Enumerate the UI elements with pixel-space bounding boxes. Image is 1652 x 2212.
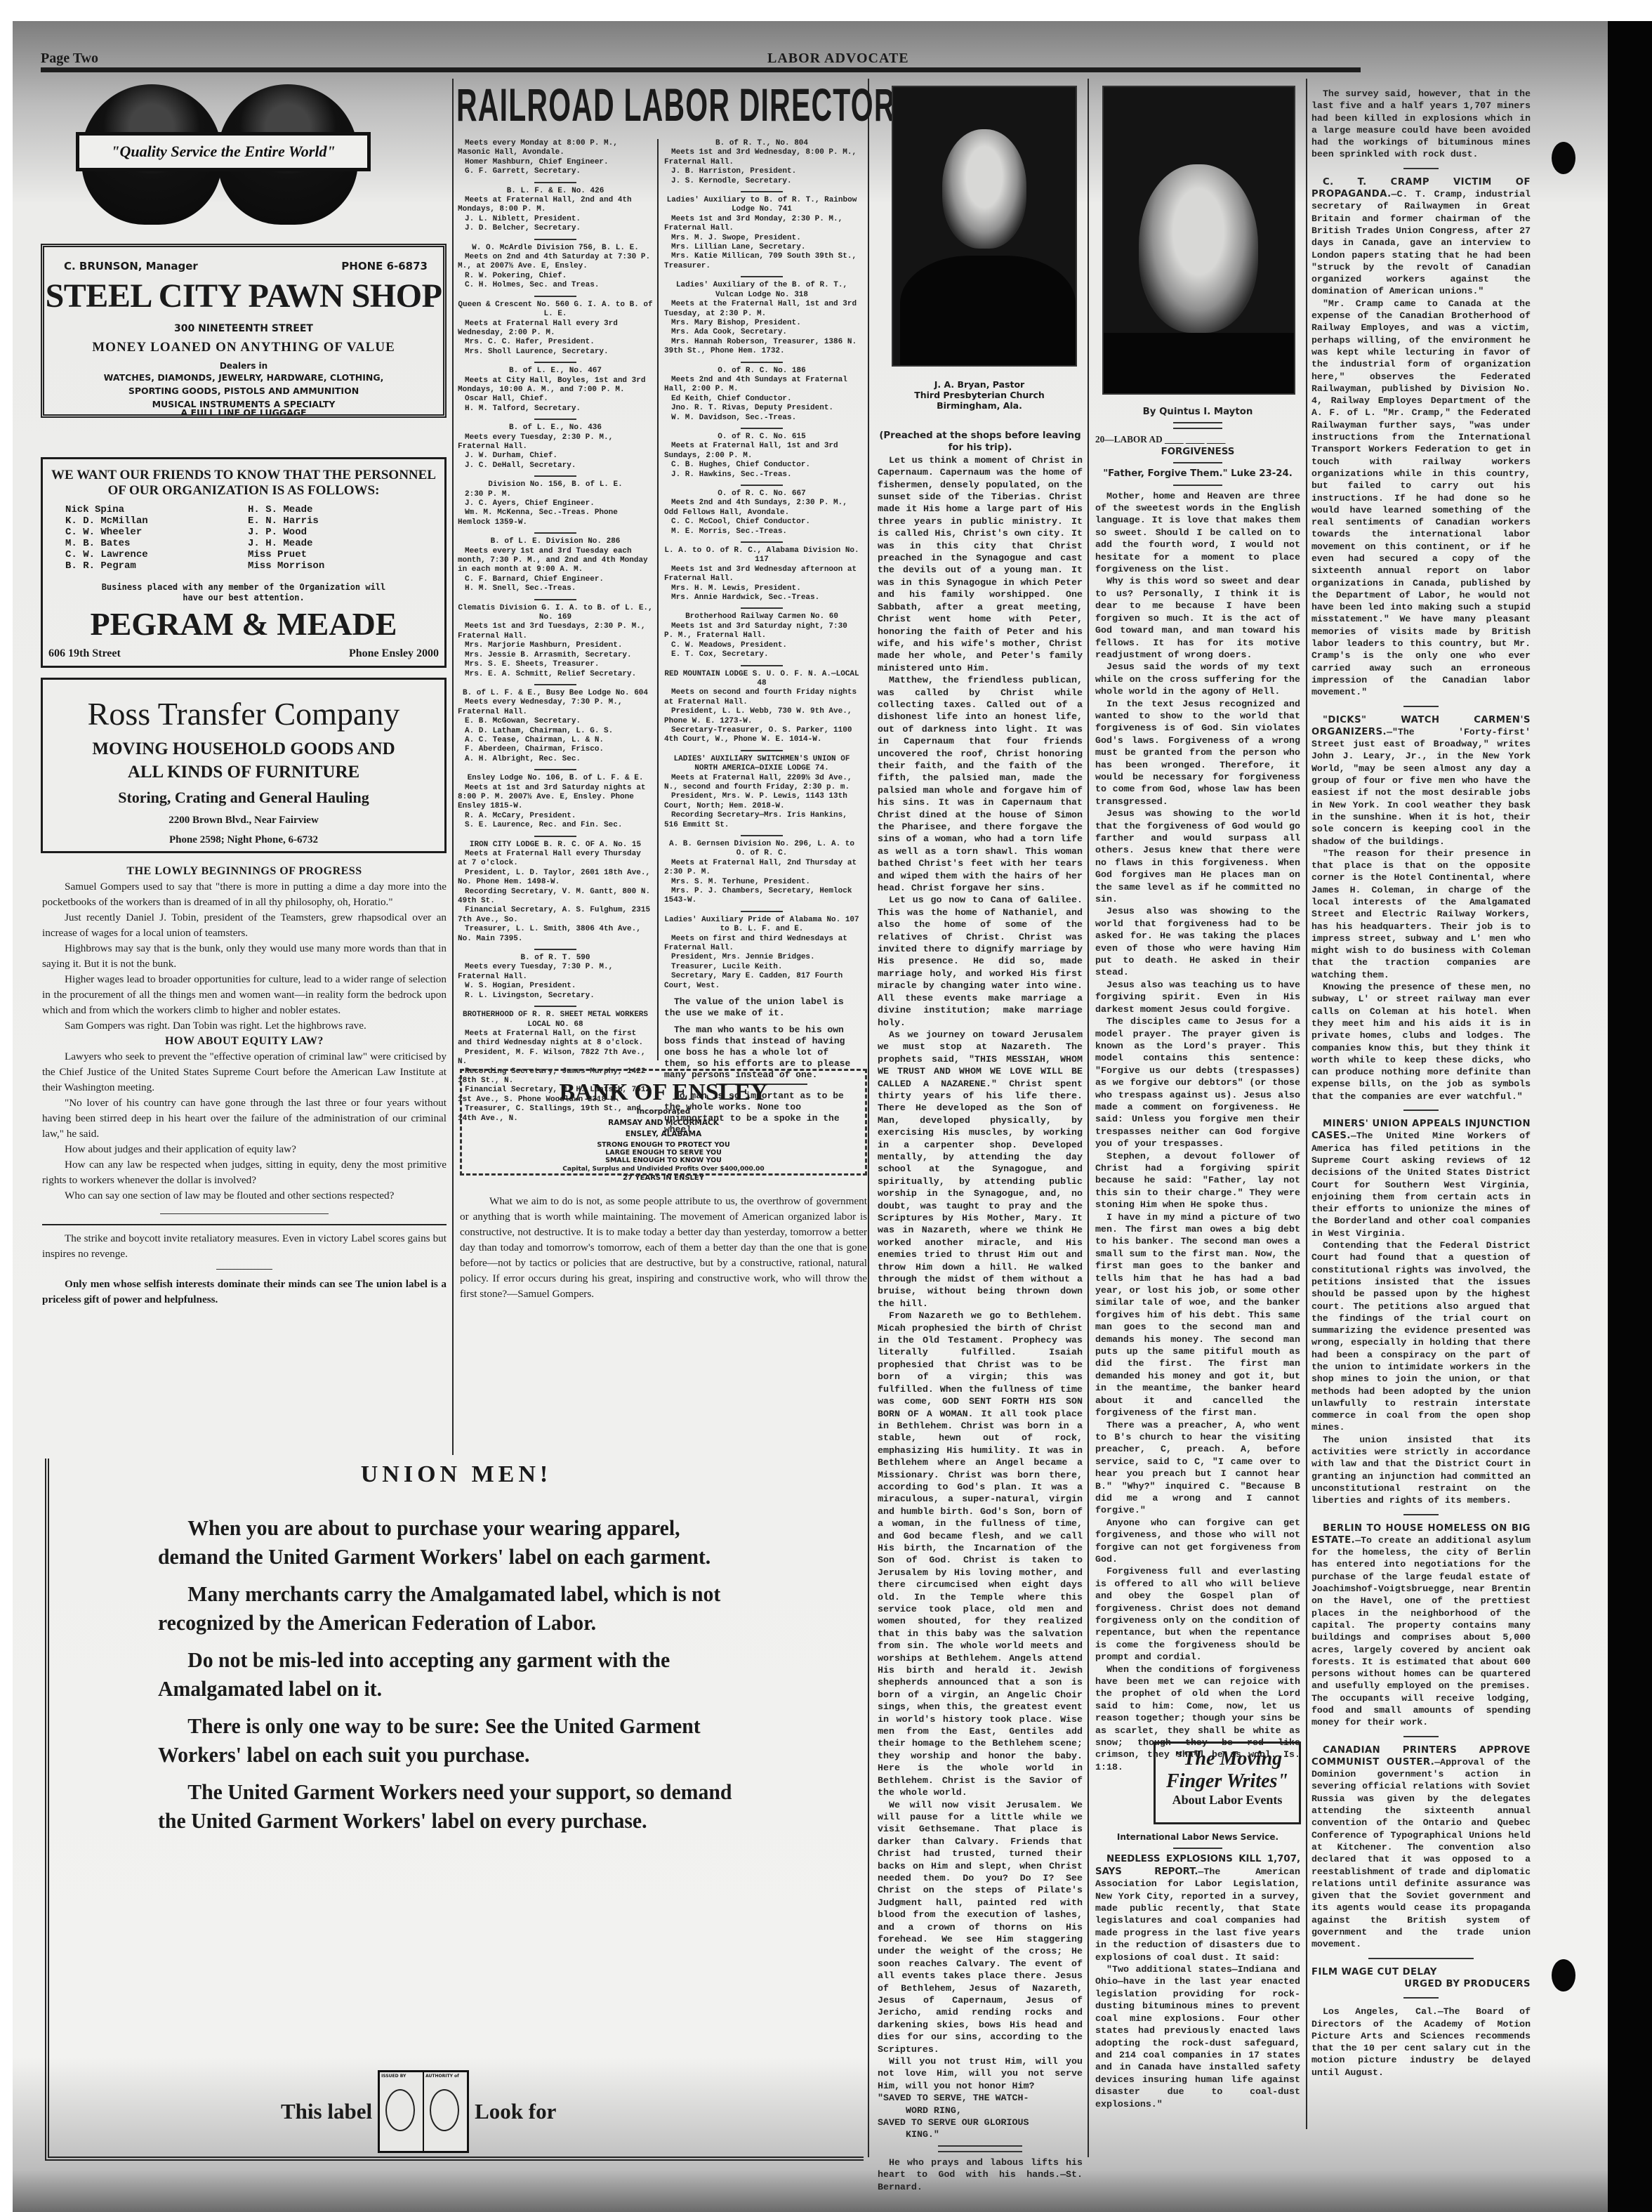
ross-phones: Phone 2598; Night Phone, 6-6732 bbox=[43, 834, 444, 846]
divider bbox=[534, 684, 576, 685]
divider bbox=[741, 750, 783, 751]
lodge-detail: Mrs. Jessie B. Arrasmith, Secretary. bbox=[458, 651, 653, 660]
editorial-heading: THE LOWLY BEGINNINGS OF PROGRESS bbox=[42, 865, 447, 878]
lodge-detail: Mrs. Sholl Laurence, Secretary. bbox=[458, 348, 653, 357]
lodge-detail: J. C. DeHall, Secretary. bbox=[458, 461, 653, 470]
bank-of-ensley-ad: BANK OF ENSLEY Incorporated RAMSAY AND M… bbox=[460, 1069, 867, 1176]
garment-workers-label-icon: ISSUED BY AUTHORITY of bbox=[378, 2070, 469, 2153]
caption-line: J. A. Bryan, Pastor bbox=[878, 379, 1081, 390]
hymn-line: WORD RING, bbox=[878, 2105, 1083, 2116]
lodge-detail: Mrs. Annie Hardwick, Sec.-Treas. bbox=[664, 593, 859, 603]
railroad-directory-title: RAILROAD LABOR DIRECTORY bbox=[456, 81, 707, 129]
lodge-detail: Mrs. Lillian Lane, Secretary. bbox=[664, 243, 859, 252]
lodge-detail: Meets 1st and 3rd Saturday night, 7:30 P… bbox=[664, 622, 859, 641]
lodge-title: Clematis Division G. I. A. to B. of L. E… bbox=[458, 604, 653, 623]
divider bbox=[1173, 485, 1222, 486]
note-line: have our best attention. bbox=[43, 593, 444, 603]
sermon-column: (Preached at the shops before leaving fo… bbox=[878, 430, 1083, 2193]
column-divider bbox=[1306, 79, 1307, 2129]
lodge-title: O. of R. C. No. 186 bbox=[664, 367, 859, 376]
directory-entry: B. of L. E. Division No. 286Meets every … bbox=[458, 532, 653, 593]
divider bbox=[1403, 706, 1439, 707]
story-text: —The American Association for Labor Legi… bbox=[1095, 1867, 1300, 1963]
lodge-detail: W. S. Hogian, President. bbox=[458, 982, 653, 991]
lodge-detail: A. D. Latham, Chairman, L. G. S. bbox=[458, 727, 653, 736]
lodge-detail: Homer Mashburn, Chief Engineer. bbox=[458, 158, 653, 167]
pastor-portrait bbox=[892, 86, 1077, 367]
lodge-detail: J. C. Ayers, Chief Engineer. bbox=[458, 499, 653, 508]
lodge-detail: President, L. D. Taylor, 2601 18th Ave.,… bbox=[458, 869, 653, 888]
lodge-title: B. of R. T., No. 804 bbox=[664, 139, 859, 148]
directory-entry: Meets every Monday at 8:00 P. M., Masoni… bbox=[458, 139, 653, 177]
ross-name: Ross Transfer Company bbox=[43, 695, 444, 732]
pawn-manager: C. BRUNSON, Manager bbox=[64, 260, 198, 272]
divider bbox=[534, 296, 576, 297]
lodge-title: Division No. 156, B. of L. E. bbox=[458, 480, 653, 489]
staff-name: Miss Pruet bbox=[248, 549, 324, 560]
lodge-detail: Mrs. C. C. Hafer, President. bbox=[458, 338, 653, 347]
directory-entry: B. of R. T. 590Meets every Tuesday, 7:30… bbox=[458, 949, 653, 1001]
directory-entry: B. L. F. & E. No. 426Meets at Fraternal … bbox=[458, 182, 653, 234]
lodge-detail: Jno. R. T. Rivas, Deputy President. bbox=[664, 404, 859, 413]
lodge-detail: C. H. Holmes, Sec. and Treas. bbox=[458, 281, 653, 290]
lodge-detail: H. M. Talford, Secretary. bbox=[458, 404, 653, 414]
forgiveness-paragraph: Why is this word so sweet and dear to us… bbox=[1095, 575, 1300, 661]
pastor-caption: J. A. Bryan, Pastor Third Presbyterian C… bbox=[878, 379, 1081, 411]
divider bbox=[741, 428, 783, 429]
lodge-title: Ladies' Auxiliary Pride of Alabama No. 1… bbox=[664, 916, 859, 935]
lodge-detail: F. Aberdeen, Chairman, Frisco. bbox=[458, 745, 653, 754]
moving-finger-subtitle: About Labor Events bbox=[1156, 1793, 1299, 1808]
story-text: —Approval of the Dominion government's a… bbox=[1311, 1757, 1531, 1949]
union-paragraph: Do not be mis-led into accepting any gar… bbox=[158, 1645, 751, 1703]
quip: Only men whose selfish interests dominat… bbox=[42, 1277, 447, 1308]
staff-name: M. B. Bates bbox=[65, 538, 148, 549]
story-text: "The reason for their presence in that p… bbox=[1311, 848, 1531, 981]
lodge-title: B. of L. E., No. 467 bbox=[458, 367, 653, 376]
staff-name: J. P. Wood bbox=[248, 527, 324, 538]
divider bbox=[938, 2145, 1022, 2147]
divider bbox=[1368, 1958, 1474, 1959]
staff-name: Nick Spina bbox=[65, 504, 148, 515]
pawn-dealers-in: Dealers in bbox=[44, 361, 443, 371]
sermon-closing: He who prays and labous lifts his heart … bbox=[878, 2157, 1083, 2193]
story-text: Knowing the presence of these men, no su… bbox=[1311, 981, 1531, 1102]
lodge-detail: President, L. L. Webb, 730 W. 9th Ave., … bbox=[664, 707, 859, 726]
forgiveness-paragraph: In the text Jesus recognized and wanted … bbox=[1095, 698, 1300, 808]
pegram-note: Business placed with any member of the O… bbox=[43, 582, 444, 603]
slogan: STRONG ENOUGH TO PROTECT YOU bbox=[462, 1141, 865, 1149]
lodge-detail: E. B. McGowan, Secretary. bbox=[458, 717, 653, 726]
editorial-paragraph: Highbrows may say that is the bunk, only… bbox=[42, 941, 447, 972]
sermon-paragraph: We will now visit Jerusalem. We will pau… bbox=[878, 1799, 1083, 2056]
pegram-phone: Phone Ensley 2000 bbox=[349, 647, 439, 660]
hymn-line: KING." bbox=[878, 2128, 1083, 2140]
hymn-line: "SAVED TO SERVE, THE WATCH- bbox=[878, 2092, 1083, 2104]
union-label-row: This label ISSUED BY AUTHORITY of Look f… bbox=[281, 2069, 556, 2154]
lodge-detail: Recording Secretary—Mrs. Iris Hankins, 5… bbox=[664, 811, 859, 830]
lodge-detail: Mrs. Ada Cook, Secretary. bbox=[664, 328, 859, 337]
face-image bbox=[1139, 164, 1258, 333]
bank-incorporated: Incorporated bbox=[462, 1107, 865, 1116]
editorial-heading: HOW ABOUT EQUITY LAW? bbox=[42, 1035, 447, 1048]
directory-entry: O. of R. C. No. 615Meets at Fraternal Ha… bbox=[664, 428, 859, 480]
editorial-paragraph: Just recently Daniel J. Tobin, president… bbox=[42, 910, 447, 941]
lodge-detail: R. L. Livingston, Secretary. bbox=[458, 992, 653, 1001]
scripture-ref: "Father, Forgive Them." Luke 23-24. bbox=[1095, 468, 1300, 480]
lodge-detail: Mrs. Marjorie Mashburn, President. bbox=[458, 641, 653, 650]
editorial-paragraph: Sam Gompers was right. Dan Tobin was rig… bbox=[42, 1018, 447, 1034]
lodge-detail: Meets 1st and 3rd Wednesday, 8:00 P. M.,… bbox=[664, 148, 859, 167]
forgiveness-paragraphs: Mother, home and Heaven are three of the… bbox=[1095, 490, 1300, 1774]
face-image bbox=[942, 129, 1026, 249]
seal-icon bbox=[430, 2089, 459, 2131]
scan-edge-dark bbox=[1608, 21, 1652, 2212]
column-divider bbox=[452, 79, 454, 1455]
pawn-line: SPORTING GOODS, PISTOLS AND AMMUNITION bbox=[44, 386, 443, 396]
binder-hole bbox=[1552, 142, 1575, 174]
page-number: Page Two bbox=[41, 51, 98, 67]
directory-entry: LADIES' AUXILIARY SWITCHMEN'S UNION OF N… bbox=[664, 750, 859, 830]
directory-entry: O. of R. C. No. 186Meets 2nd and 4th Sun… bbox=[664, 362, 859, 423]
lodge-detail: C. F. Barnard, Chief Engineer. bbox=[458, 575, 653, 584]
filler-quote: The value of the union label is the use … bbox=[664, 996, 859, 1019]
divider bbox=[534, 949, 576, 950]
sermon-paragraph: Let us think a moment of Christ in Caper… bbox=[878, 454, 1083, 674]
sermon-paragraph: Let us go now to Cana of Galilee. This w… bbox=[878, 894, 1083, 1028]
directory-entry: Ladies' Auxiliary of the B. of R. T., Vu… bbox=[664, 276, 859, 356]
lodge-detail: Treasurer, Lucile Keith. bbox=[664, 963, 859, 972]
lodge-detail: President, Mrs. Jennie Bridges. bbox=[664, 953, 859, 962]
divider bbox=[42, 1224, 447, 1225]
divider bbox=[1173, 428, 1222, 429]
lodge-detail: Oscar Hall, Chief. bbox=[458, 395, 653, 404]
directory-entry: Brotherhood Railway Carmen No. 60Meets 1… bbox=[664, 607, 859, 659]
divider bbox=[741, 362, 783, 363]
forgiveness-paragraph: Mother, home and Heaven are three of the… bbox=[1095, 490, 1300, 576]
moving-finger-box: "The Moving Finger Writes" About Labor E… bbox=[1154, 1742, 1301, 1824]
divider bbox=[534, 1006, 576, 1007]
divider bbox=[741, 191, 783, 192]
lodge-detail: 2:30 P. M. bbox=[458, 490, 653, 499]
slogan: LARGE ENOUGH TO SERVE YOU bbox=[462, 1149, 865, 1157]
lodge-detail: Wm. M. McKenna, Sec.-Treas. Phone Hemloc… bbox=[458, 508, 653, 527]
lodge-detail: J. S. Kernodle, Secretary. bbox=[664, 177, 859, 186]
pegram-address: 606 19th Street bbox=[48, 647, 121, 660]
directory-entry: O. of R. C. No. 667Meets 2nd and 4th Sun… bbox=[664, 485, 859, 536]
hymn-line: SAVED TO SERVE OUR GLORIOUS bbox=[878, 2116, 1083, 2128]
lodge-detail: W. M. Davidson, Sec.-Treas. bbox=[664, 414, 859, 423]
lodge-detail: E. T. Cox, Secretary. bbox=[664, 650, 859, 659]
lodge-detail: Mrs. M. J. Swope, President. bbox=[664, 234, 859, 243]
editorial-column: THE LOWLY BEGINNINGS OF PROGRESS Samuel … bbox=[42, 864, 447, 1308]
union-men-ad: UNION MEN! When you are about to purchas… bbox=[45, 1459, 864, 2161]
quote-text: What we aim to do is not, as some people… bbox=[460, 1194, 867, 1302]
lodge-title: W. O. McArdle Division 756, B. L. E. bbox=[458, 244, 653, 253]
editorial-paragraph: How can any law be respected when judges… bbox=[42, 1157, 447, 1188]
sermon-paragraph: As we journey on toward Jerusalem we mus… bbox=[878, 1029, 1083, 1310]
lodge-title: Ladies' Auxiliary to B. of R. T., Rainbo… bbox=[664, 196, 859, 215]
divider bbox=[534, 182, 576, 183]
union-paragraph: The United Garment Workers need your sup… bbox=[158, 1777, 751, 1835]
lodge-title: Queen & Crescent No. 560 G. I. A. to B. … bbox=[458, 301, 653, 320]
seal-icon bbox=[385, 2089, 415, 2131]
body-image bbox=[1104, 333, 1295, 395]
news-service: International Labor News Service. bbox=[1095, 1831, 1300, 1843]
lodge-title: IRON CITY LODGE B. R. C. OF A. No. 15 bbox=[458, 841, 653, 850]
caption-line: Birmingham, Ala. bbox=[878, 400, 1081, 411]
directory-entry: Ensley Lodge No. 106, B. of L. F. & E.Me… bbox=[458, 769, 653, 830]
divider bbox=[741, 485, 783, 486]
ross-line: ALL KINDS OF FURNITURE bbox=[43, 763, 444, 782]
forgiveness-paragraph: There was a preacher, A, who went to B's… bbox=[1095, 1419, 1300, 1517]
directory-entry: IRON CITY LODGE B. R. C. OF A. No. 15Mee… bbox=[458, 836, 653, 944]
article-title: FORGIVENESS bbox=[1095, 446, 1300, 458]
lodge-title: L. A. to O. of R. C., Alabama Division N… bbox=[664, 546, 859, 565]
lodge-detail: Meets at Fraternal Hall, 2nd and 4th Mon… bbox=[458, 196, 653, 215]
divider bbox=[741, 835, 783, 836]
forgiveness-paragraph: I have in my mind a picture of two men. … bbox=[1095, 1211, 1300, 1419]
lodge-detail: Meets 2nd and 4th Sundays at Fraternal H… bbox=[664, 376, 859, 395]
lodge-detail: Meets on first and third Wednesdays at F… bbox=[664, 935, 859, 954]
lodge-detail: C. W. Meadows, President. bbox=[664, 641, 859, 650]
staff-name: E. N. Harris bbox=[248, 515, 324, 527]
note-line: Business placed with any member of the O… bbox=[43, 582, 444, 593]
lodge-detail: Meets at Fraternal Hall, 2209½ 3d Ave., … bbox=[664, 774, 859, 793]
masthead: Page Two LABOR ADVOCATE bbox=[41, 51, 1354, 67]
directory-entry: Division No. 156, B. of L. E.2:30 P. M.J… bbox=[458, 475, 653, 527]
staff-name: J. H. Meade bbox=[248, 538, 324, 549]
divider bbox=[1173, 462, 1222, 463]
lodge-detail: J. L. Niblett, President. bbox=[458, 215, 653, 224]
gompers-quote: What we aim to do is not, as some people… bbox=[460, 1194, 867, 1302]
editorial-paragraph: Who can say one section of law may be fl… bbox=[42, 1188, 447, 1204]
lodge-detail: J. R. Hawkins, Sec.-Treas. bbox=[664, 470, 859, 480]
lodge-title: RED MOUNTAIN LODGE S. U. O. F. N. A.—LOC… bbox=[664, 670, 859, 689]
lodge-detail: C. B. Hughes, Chief Conductor. bbox=[664, 461, 859, 470]
divider bbox=[1403, 1736, 1439, 1737]
lodge-detail: Meets at City Hall, Boyles, 1st and 3rd … bbox=[458, 376, 653, 395]
editorial-paragraph: Samuel Gompers used to say that "there i… bbox=[42, 879, 447, 910]
directory-entry: B. of L. F. & E., Busy Bee Lodge No. 604… bbox=[458, 684, 653, 764]
lodge-detail: Meets at Fraternal Hall every Thursday a… bbox=[458, 850, 653, 869]
lodge-title: B. of L. F. & E., Busy Bee Lodge No. 604 bbox=[458, 689, 653, 698]
divider bbox=[1173, 422, 1222, 423]
divider bbox=[1403, 1110, 1439, 1111]
ross-line: MOVING HOUSEHOLD GOODS AND bbox=[43, 739, 444, 759]
forgiveness-paragraph: Jesus also was showing to the world that… bbox=[1095, 905, 1300, 978]
sermon-paragraph: Will you not trust Him, will you not lov… bbox=[878, 2055, 1083, 2092]
forgiveness-paragraph: Stephen, a devout follower of Christ had… bbox=[1095, 1150, 1300, 1211]
bank-slogans: STRONG ENOUGH TO PROTECT YOU LARGE ENOUG… bbox=[462, 1141, 865, 1157]
lodge-detail: Ed Keith, Chief Conductor. bbox=[664, 395, 859, 404]
union-paragraph: Many merchants carry the Amalgamated lab… bbox=[158, 1579, 751, 1637]
pawn-luggage-line: A FULL LINE OF LUGGAGE bbox=[41, 407, 447, 418]
lodge-detail: Mrs. H. M. Lewis, President. bbox=[664, 584, 859, 593]
directory-entry: L. A. to O. of R. C., Alabama Division N… bbox=[664, 541, 859, 603]
lodge-detail: Financial Secretary, A. S. Fulghum, 2315… bbox=[458, 906, 653, 925]
directory-entry: RED MOUNTAIN LODGE S. U. O. F. N. A.—LOC… bbox=[664, 665, 859, 745]
lodge-detail: Mrs. E. A. Schmitt, Relief Secretary. bbox=[458, 670, 653, 679]
directory-entry: A. B. Gernsen Division No. 296, L. A. to… bbox=[664, 835, 859, 906]
lodge-detail: A. H. Albright, Rec. Sec. bbox=[458, 755, 653, 764]
author-portrait bbox=[1102, 86, 1295, 395]
union-paragraph: There is only one way to be sure: See th… bbox=[158, 1711, 751, 1769]
lodge-detail: Mrs. Mary Bishop, President. bbox=[664, 319, 859, 328]
lodge-title: B. L. F. & E. No. 426 bbox=[458, 187, 653, 196]
slogan: SMALL ENOUGH TO KNOW YOU bbox=[462, 1157, 865, 1164]
lodge-title: LADIES' AUXILIARY SWITCHMEN'S UNION OF N… bbox=[664, 755, 859, 774]
story-text: —C. T. Cramp, industrial secretary of Ra… bbox=[1311, 189, 1531, 296]
directory-entry: B. of L. E., No. 467Meets at City Hall, … bbox=[458, 362, 653, 414]
moving-finger-title: "The Moving Finger Writes" bbox=[1156, 1748, 1299, 1793]
forgiveness-paragraph: Anyone who can forgive can get forgivene… bbox=[1095, 1517, 1300, 1566]
lodge-detail: J. B. Harriston, President. bbox=[664, 167, 859, 176]
lodge-detail: M. E. Morris, Sec.-Treas. bbox=[664, 527, 859, 536]
sermon-paragraph: Matthew, the friendless publican, was ca… bbox=[878, 674, 1083, 894]
lodge-detail: Meets at Fraternal Hall, 1st and 3rd Sun… bbox=[664, 442, 859, 461]
lodge-title: A. B. Gernsen Division No. 296, L. A. to… bbox=[664, 840, 859, 859]
divider bbox=[741, 607, 783, 609]
divider bbox=[741, 665, 783, 666]
forgiveness-column: By Quintus I. Mayton 20—LABOR AD ____ __… bbox=[1095, 406, 1300, 1773]
divider bbox=[534, 836, 576, 837]
bank-name: BANK OF ENSLEY bbox=[462, 1079, 865, 1106]
label-tiny-text: AUTHORITY of bbox=[425, 2074, 459, 2079]
directory-column-1: Meets every Monday at 8:00 P. M., Masoni… bbox=[458, 139, 653, 1128]
staff-name: K. D. McMillan bbox=[65, 515, 148, 527]
directory-column-2: B. of R. T., No. 804Meets 1st and 3rd We… bbox=[664, 139, 859, 1135]
lodge-detail: Meets every Wednesday, 7:30 P. M., Frate… bbox=[458, 698, 653, 717]
story-text: Contending that the Federal District Cou… bbox=[1311, 1239, 1531, 1434]
pawn-phone: PHONE 6-6873 bbox=[341, 260, 428, 272]
pegram-name: PEGRAM & MEADE bbox=[43, 605, 444, 643]
lodge-detail: Meets 1st and 3rd Monday, 2:30 P. M., Fr… bbox=[664, 215, 859, 234]
directory-entry: B. of R. T., No. 804Meets 1st and 3rd We… bbox=[664, 139, 859, 186]
lodge-detail: President, M. F. Wilson, 7822 7th Ave., … bbox=[458, 1048, 653, 1067]
divider bbox=[938, 2151, 1022, 2152]
lodge-detail: Meets every Monday at 8:00 P. M., Masoni… bbox=[458, 139, 653, 158]
lodge-detail: J. W. Durham, Chief. bbox=[458, 452, 653, 461]
divider bbox=[534, 362, 576, 363]
divider bbox=[1403, 168, 1439, 169]
quip: The strike and boycott invite retaliator… bbox=[42, 1231, 447, 1262]
editorial-paragraph: "No lover of his country can have gone t… bbox=[42, 1095, 447, 1142]
lodge-detail: Meets on 2nd and 4th Saturday at 7:30 P.… bbox=[458, 253, 653, 272]
lodge-detail: Treasurer, L. L. Smith, 3806 4th Ave., N… bbox=[458, 925, 653, 944]
lodge-detail: Meets at 1st and 3rd Saturday nights at … bbox=[458, 784, 653, 812]
labor-events-column: International Labor News Service. NEEDLE… bbox=[1095, 1831, 1300, 2110]
divider bbox=[534, 599, 576, 600]
lodge-detail: President, Mrs. W. P. Lewis, 1143 13th C… bbox=[664, 792, 859, 811]
lodge-title: B. of R. T. 590 bbox=[458, 954, 653, 963]
lodge-detail: R. A. McCary, President. bbox=[458, 812, 653, 821]
story-head: FILM WAGE CUT DELAY bbox=[1311, 1966, 1531, 1978]
lodge-detail: R. W. Pokering, Chief. bbox=[458, 272, 653, 281]
body-image bbox=[900, 256, 1076, 367]
lodge-detail: Meets at the Fraternal Hall, 1st and 3rd… bbox=[664, 300, 859, 319]
label-caption-right: Look for bbox=[475, 2099, 556, 2124]
pegram-left-names: Nick Spina K. D. McMillan C. W. Wheeler … bbox=[65, 504, 148, 572]
staff-name: H. S. Meade bbox=[248, 504, 324, 515]
lodge-title: O. of R. C. No. 667 bbox=[664, 489, 859, 499]
directory-entry: B. of L. E., No. 436Meets every Tuesday,… bbox=[458, 419, 653, 470]
lodge-detail: Secretary-Treasurer, O. S. Parker, 1100 … bbox=[664, 726, 859, 745]
story-text: —The United Mine Workers of America has … bbox=[1311, 1131, 1531, 1238]
lodge-detail: Meets every Tuesday, 7:30 P. M., Fratern… bbox=[458, 963, 653, 982]
label-tiny-text: ISSUED BY bbox=[381, 2074, 406, 2079]
lodge-detail: Mrs. Hannah Roberson, Treasurer, 1386 N.… bbox=[664, 338, 859, 357]
directory-entry: Ladies' Auxiliary to B. of R. T., Rainbo… bbox=[664, 191, 859, 271]
forgiveness-paragraph: The disciples came to Jesus for a model … bbox=[1095, 1015, 1300, 1150]
lodge-title: B. of L. E., No. 436 bbox=[458, 423, 653, 433]
divider bbox=[534, 532, 576, 534]
lodge-detail: Meets 2nd and 4th Sundays, 2:30 P. M., O… bbox=[664, 499, 859, 518]
lodge-title: O. of R. C. No. 615 bbox=[664, 433, 859, 442]
lodge-detail: Secretary, Mary E. Cadden, 817 Fourth Co… bbox=[664, 972, 859, 991]
pawn-shop-name: STEEL CITY PAWN SHOP bbox=[44, 277, 443, 315]
bank-years: 27 YEARS IN ENSLEY bbox=[460, 1174, 867, 1182]
lodge-detail: Meets at Fraternal Hall, 2nd Thursday at… bbox=[664, 859, 859, 878]
story-text: —To create an additional asylum for the … bbox=[1311, 1535, 1531, 1727]
pawn-address: 300 NINETEENTH STREET bbox=[44, 323, 443, 334]
forgiveness-paragraph: Jesus also was teaching us to have forgi… bbox=[1095, 979, 1300, 1015]
staff-name: C. W. Wheeler bbox=[65, 527, 148, 538]
sermon-note: (Preached at the shops before leaving fo… bbox=[878, 430, 1083, 454]
lodge-detail: Meets at Fraternal Hall every 3rd Wednes… bbox=[458, 320, 653, 338]
ross-line: Storing, Crating and General Hauling bbox=[43, 789, 444, 807]
divider bbox=[534, 769, 576, 770]
editorial-paragraph: Higher wages lead to broader opportuniti… bbox=[42, 972, 447, 1018]
bank-capital: Capital, Surplus and Undivided Profits O… bbox=[462, 1166, 865, 1173]
lodge-detail: G. F. Garrett, Secretary. bbox=[458, 167, 653, 176]
lodge-detail: Mrs. Katie Millican, 709 South 39th St.,… bbox=[664, 252, 859, 271]
lodge-detail: Meets every 1st and 3rd Tuesday each mon… bbox=[458, 547, 653, 575]
ross-transfer-ad: Ross Transfer Company MOVING HOUSEHOLD G… bbox=[41, 678, 447, 853]
lodge-title: Ladies' Auxiliary of the B. of R. T., Vu… bbox=[664, 281, 859, 300]
staff-name: Miss Morrison bbox=[248, 560, 324, 572]
lodge-title: BROTHERHOOD OF R. R. SHEET METAL WORKERS… bbox=[458, 1010, 653, 1029]
staff-name: B. R. Pegram bbox=[65, 560, 148, 572]
forgiveness-paragraph: Jesus said the words of my text while on… bbox=[1095, 661, 1300, 697]
story-text: "Mr. Cramp came to Canada at the expense… bbox=[1311, 298, 1531, 699]
label-caption-left: This label bbox=[281, 2099, 372, 2124]
union-paragraph: When you are about to purchase your wear… bbox=[158, 1513, 751, 1571]
divider bbox=[741, 541, 783, 543]
caption-line: Third Presbyterian Church bbox=[878, 390, 1081, 400]
divider bbox=[534, 475, 576, 477]
lodge-detail: Mrs. S. E. Sheets, Treasurer. bbox=[458, 660, 653, 669]
editorial-paragraph: How about judges and their application o… bbox=[42, 1142, 447, 1157]
byline: By Quintus I. Mayton bbox=[1095, 406, 1300, 418]
story-quote: "Two additional states—Indiana and Ohio—… bbox=[1095, 1963, 1300, 2110]
column-divider bbox=[657, 139, 659, 1060]
pegram-right-names: H. S. Meade E. N. Harris J. P. Wood J. H… bbox=[248, 504, 324, 572]
lodge-detail: Meets 1st and 3rd Wednesday afternoon at… bbox=[664, 565, 859, 584]
divider bbox=[1403, 1514, 1439, 1515]
lodge-detail: Meets 1st and 3rd Tuesdays, 2:30 P. M., … bbox=[458, 622, 653, 641]
right-news-column: The survey said, however, that in the la… bbox=[1311, 88, 1531, 2079]
series-label: 20—LABOR AD ____ ____ ____ bbox=[1095, 433, 1300, 445]
lodge-detail: Mrs. S. M. Terhune, President. bbox=[664, 878, 859, 887]
staff-name: C. W. Lawrence bbox=[65, 549, 148, 560]
lodge-title: Ensley Lodge No. 106, B. of L. F. & E. bbox=[458, 774, 653, 783]
lodge-detail: C. C. McCool, Chief Conductor. bbox=[664, 518, 859, 527]
tire-slogan: "Quality Service the Entire World" bbox=[76, 132, 371, 171]
forgiveness-paragraph: Jesus was showing to the world that the … bbox=[1095, 808, 1300, 905]
story-text: The union insisted that its activities w… bbox=[1311, 1434, 1531, 1507]
story-text: —"The 'Forty-first' Street just east of … bbox=[1311, 727, 1531, 847]
